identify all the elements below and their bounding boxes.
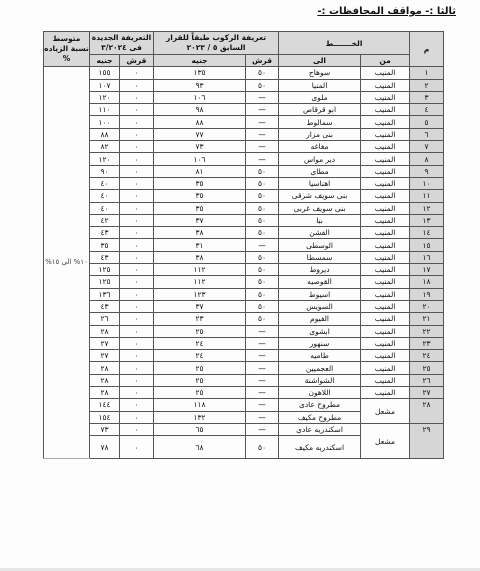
cell-new-piaster: ٠ xyxy=(120,374,154,386)
cell-to: الوسطى xyxy=(279,239,361,251)
cell-to: ديروط xyxy=(279,264,361,276)
cell-old-piaster: — xyxy=(246,362,279,374)
cell-from: المنيب xyxy=(361,177,410,189)
table-row: ١المنيبسوهاج٥٠١٣٥٠١٥٥١٠% الى ١٥% xyxy=(44,67,444,79)
cell-old-piaster: — xyxy=(246,423,279,435)
cell-old-pound: ٦٥ xyxy=(154,423,246,435)
cell-old-pound: ٢٥ xyxy=(154,325,246,337)
header-new-fare: التعريفة الجديدة فى ٣/٢٠٢٤ xyxy=(90,32,154,55)
cell-old-pound: ١٣٥ xyxy=(154,67,246,79)
cell-new-pound: ١٠٧ xyxy=(90,79,120,91)
cell-serial: ١٨ xyxy=(410,276,444,288)
cell-new-pound: ٤٢ xyxy=(90,214,120,226)
cell-to: سنهور xyxy=(279,337,361,349)
cell-to: الفشن xyxy=(279,227,361,239)
table-row: ١٧المنيبديروط٥٠١١٢٠١٢٥ xyxy=(44,264,444,276)
cell-new-piaster: ٠ xyxy=(120,362,154,374)
cell-old-piaster: — xyxy=(246,350,279,362)
cell-to: القوصيه xyxy=(279,276,361,288)
cell-avg-increase: ١٠% الى ١٥% xyxy=(44,67,90,459)
cell-old-pound: ١٣٢ xyxy=(154,411,246,423)
cell-old-pound: ٢٥ xyxy=(154,374,246,386)
cell-old-pound: ٩٨ xyxy=(154,104,246,116)
cell-to: بنى مزار xyxy=(279,128,361,140)
cell-new-piaster: ٠ xyxy=(120,411,154,423)
table-row: ١٢المنيببنى سويف غربى٥٠٣٥٠٤٠ xyxy=(44,202,444,214)
cell-new-piaster: ٠ xyxy=(120,300,154,312)
cell-old-pound: ١٠٦ xyxy=(154,91,246,103)
cell-to: مطاى xyxy=(279,165,361,177)
section-title: ثالثا :- مواقف المحافظات :- xyxy=(317,6,456,17)
cell-old-pound: ٣٥ xyxy=(154,190,246,202)
cell-from: المنيب xyxy=(361,79,410,91)
cell-serial: ٣ xyxy=(410,91,444,103)
cell-old-piaster: — xyxy=(246,411,279,423)
cell-new-pound: ١٢٥ xyxy=(90,276,120,288)
cell-old-pound: ١٢٣ xyxy=(154,288,246,300)
cell-old-piaster: ٥٠ xyxy=(246,436,279,459)
cell-old-piaster: — xyxy=(246,337,279,349)
cell-from: المنيب xyxy=(361,91,410,103)
cell-old-pound: ٧٧ xyxy=(154,128,246,140)
table-row: ٢٣المنيبسنهور—٢٤٠٢٧ xyxy=(44,337,444,349)
table-row: ٢١المنيبالفيوم٥٠٢٣٠٢٦ xyxy=(44,313,444,325)
cell-new-piaster: ٠ xyxy=(120,91,154,103)
cell-old-piaster: — xyxy=(246,153,279,165)
cell-serial: ١٥ xyxy=(410,239,444,251)
cell-serial: ٢٧ xyxy=(410,387,444,399)
cell-old-pound: ٣٨ xyxy=(154,227,246,239)
cell-new-piaster: ٠ xyxy=(120,214,154,226)
cell-from: المنيب xyxy=(361,128,410,140)
cell-serial: ٢٣ xyxy=(410,337,444,349)
cell-from: المنيب xyxy=(361,276,410,288)
cell-new-piaster: ٠ xyxy=(120,202,154,214)
table-row: ١٣المنيبببا٥٠٣٧٠٤٢ xyxy=(44,214,444,226)
cell-to: ابو قرقاص xyxy=(279,104,361,116)
cell-from: المنيب xyxy=(361,214,410,226)
cell-new-pound: ١٤٤ xyxy=(90,399,120,411)
cell-new-piaster: ٠ xyxy=(120,251,154,263)
cell-from: المنيب xyxy=(361,387,410,399)
table-row: ٣المنيبملوى—١٠٦٠١٢٠ xyxy=(44,91,444,103)
cell-new-pound: ٣٥ xyxy=(90,239,120,251)
cell-serial: ٥ xyxy=(410,116,444,128)
cell-old-piaster: ٥٠ xyxy=(246,202,279,214)
cell-to: الفيوم xyxy=(279,313,361,325)
cell-to: سمسطا xyxy=(279,251,361,263)
cell-new-pound: ١٢٥ xyxy=(90,264,120,276)
cell-old-pound: ١١٢ xyxy=(154,264,246,276)
cell-old-pound: ٨٨ xyxy=(154,116,246,128)
cell-old-pound: ٣٥ xyxy=(154,202,246,214)
cell-from: المنيب xyxy=(361,288,410,300)
cell-old-piaster: ٥٠ xyxy=(246,227,279,239)
cell-new-pound: ٢٧ xyxy=(90,350,120,362)
cell-new-piaster: ٠ xyxy=(120,190,154,202)
cell-from: المنيب xyxy=(361,116,410,128)
cell-old-pound: ١٠٦ xyxy=(154,153,246,165)
cell-serial: ٢٠ xyxy=(410,300,444,312)
cell-old-piaster: ٥٠ xyxy=(246,79,279,91)
table-row: ١٦المنيبسمسطا٥٠٣٨٠٤٣ xyxy=(44,251,444,263)
cell-serial: ٦ xyxy=(410,128,444,140)
cell-new-piaster: ٠ xyxy=(120,165,154,177)
cell-to: دير مواس xyxy=(279,153,361,165)
cell-new-pound: ٧٣ xyxy=(90,423,120,435)
cell-from: المنيب xyxy=(361,227,410,239)
cell-new-piaster: ٠ xyxy=(120,79,154,91)
cell-from: المنيب xyxy=(361,337,410,349)
header-serial: م xyxy=(410,32,444,67)
table-row: ١٠المنيباهناسيا٥٠٣٥٠٤٠ xyxy=(44,177,444,189)
cell-from: المنيب xyxy=(361,374,410,386)
header-new-piaster: قرش xyxy=(120,55,154,67)
table-row: ٢٠المنيبالسويس٥٠٣٧٠٤٣ xyxy=(44,300,444,312)
cell-new-pound: ٢٨ xyxy=(90,374,120,386)
cell-old-piaster: — xyxy=(246,116,279,128)
cell-old-pound: ٣٨ xyxy=(154,251,246,263)
cell-old-pound: ١١٢ xyxy=(154,276,246,288)
cell-new-piaster: ٠ xyxy=(120,128,154,140)
cell-serial: ١٠ xyxy=(410,177,444,189)
cell-old-pound: ٣١ xyxy=(154,239,246,251)
cell-old-piaster: ٥٠ xyxy=(246,177,279,189)
cell-new-piaster: ٠ xyxy=(120,436,154,459)
cell-serial: ٢٨ xyxy=(410,399,444,424)
cell-old-piaster: ٥٠ xyxy=(246,190,279,202)
cell-new-piaster: ٠ xyxy=(120,177,154,189)
cell-new-piaster: ٠ xyxy=(120,116,154,128)
cell-new-piaster: ٠ xyxy=(120,337,154,349)
cell-old-piaster: ٥٠ xyxy=(246,67,279,79)
table-row: ١٨المنيبالقوصيه٥٠١١٢٠١٢٥ xyxy=(44,276,444,288)
cell-to: الشواشنة xyxy=(279,374,361,386)
cell-to: مطروح مكيف xyxy=(279,411,361,423)
cell-new-piaster: ٠ xyxy=(120,325,154,337)
cell-new-pound: ٤٣ xyxy=(90,300,120,312)
cell-serial: ٢١ xyxy=(410,313,444,325)
cell-old-pound: ١١٨ xyxy=(154,399,246,411)
cell-to: مطروح عادى xyxy=(279,399,361,411)
cell-serial: ٧ xyxy=(410,141,444,153)
cell-new-piaster: ٠ xyxy=(120,104,154,116)
cell-serial: ١٧ xyxy=(410,264,444,276)
table-row: ٢٨مشعلمطروح عادى—١١٨٠١٤٤ xyxy=(44,399,444,411)
fares-table: م الخـــــــط تعريفة الركوب طبقاً للقرار… xyxy=(43,31,444,459)
cell-old-piaster: ٥٠ xyxy=(246,264,279,276)
cell-to: بنى سويف شرقى xyxy=(279,190,361,202)
cell-new-piaster: ٠ xyxy=(120,276,154,288)
cell-from: المنيب xyxy=(361,350,410,362)
cell-new-piaster: ٠ xyxy=(120,141,154,153)
cell-old-piaster: — xyxy=(246,104,279,116)
cell-old-piaster: — xyxy=(246,239,279,251)
cell-new-piaster: ٠ xyxy=(120,239,154,251)
cell-old-pound: ٣٧ xyxy=(154,300,246,312)
cell-to: اسيوط xyxy=(279,288,361,300)
cell-to: سمالوط xyxy=(279,116,361,128)
cell-serial: ٢٦ xyxy=(410,374,444,386)
cell-old-piaster: — xyxy=(246,128,279,140)
cell-old-pound: ٢٥ xyxy=(154,387,246,399)
cell-to: بنى سويف غربى xyxy=(279,202,361,214)
cell-new-piaster: ٠ xyxy=(120,313,154,325)
table-row: ٢٥المنيبالعجميين—٢٥٠٢٨ xyxy=(44,362,444,374)
cell-serial: ٢٢ xyxy=(410,325,444,337)
cell-to: ابشوى xyxy=(279,325,361,337)
cell-serial: ٨ xyxy=(410,153,444,165)
cell-old-piaster: ٥٠ xyxy=(246,276,279,288)
cell-old-pound: ٦٨ xyxy=(154,436,246,459)
cell-new-pound: ٤٠ xyxy=(90,190,120,202)
cell-from: المنيب xyxy=(361,325,410,337)
header-avg-increase: متوسط نسبة الزياده % xyxy=(44,32,90,67)
cell-old-piaster: ٥٠ xyxy=(246,165,279,177)
cell-serial: ٢٤ xyxy=(410,350,444,362)
cell-serial: ١٤ xyxy=(410,227,444,239)
table-row: ٢٩مشعلاسكندريه عادى—٦٥٠٧٣ xyxy=(44,423,444,435)
cell-from: المنيب xyxy=(361,300,410,312)
cell-serial: ١ xyxy=(410,67,444,79)
cell-old-piaster: ٥٠ xyxy=(246,313,279,325)
header-route: الخـــــــط xyxy=(279,32,410,55)
cell-to: طاميه xyxy=(279,350,361,362)
cell-from: المنيب xyxy=(361,165,410,177)
cell-new-pound: ٢٨ xyxy=(90,387,120,399)
cell-from: المنيب xyxy=(361,67,410,79)
cell-old-piaster: — xyxy=(246,91,279,103)
table-row: ٢٢المنيبابشوى—٢٥٠٢٨ xyxy=(44,325,444,337)
cell-old-piaster: — xyxy=(246,374,279,386)
cell-old-piaster: ٥٠ xyxy=(246,288,279,300)
cell-to: اللاهون xyxy=(279,387,361,399)
cell-serial: ٢ xyxy=(410,79,444,91)
cell-new-piaster: ٠ xyxy=(120,67,154,79)
table-row: ٧المنيبمغاغه—٧٣٠٨٢ xyxy=(44,141,444,153)
header-old-pound: جنيه xyxy=(154,55,246,67)
table-row: ٤المنيبابو قرقاص—٩٨٠١١٠ xyxy=(44,104,444,116)
table-row: ٥المنيبسمالوط—٨٨٠١٠٠ xyxy=(44,116,444,128)
table-row: ٢٧المنيباللاهون—٢٥٠٢٨ xyxy=(44,387,444,399)
cell-old-piaster: — xyxy=(246,325,279,337)
cell-serial: ١٩ xyxy=(410,288,444,300)
cell-new-pound: ٤٣ xyxy=(90,251,120,263)
table-row: ٨المنيبدير مواس—١٠٦٠١٢٠ xyxy=(44,153,444,165)
cell-from: المنيب xyxy=(361,153,410,165)
fares-table-body: ١المنيبسوهاج٥٠١٣٥٠١٥٥١٠% الى ١٥%٢المنيبا… xyxy=(44,67,444,459)
cell-new-pound: ٢٦ xyxy=(90,313,120,325)
cell-from: مشعل xyxy=(361,399,410,424)
cell-serial: ١٣ xyxy=(410,214,444,226)
cell-from: المنيب xyxy=(361,202,410,214)
cell-to: السويس xyxy=(279,300,361,312)
cell-new-pound: ٧٨ xyxy=(90,436,120,459)
cell-old-pound: ٩٣ xyxy=(154,79,246,91)
cell-to: اسكندريه عادى xyxy=(279,423,361,435)
cell-from: المنيب xyxy=(361,141,410,153)
table-row: ١٩المنيباسيوط٥٠١٢٣٠١٣٦ xyxy=(44,288,444,300)
cell-to: المنيا xyxy=(279,79,361,91)
cell-old-pound: ٧٣ xyxy=(154,141,246,153)
cell-new-pound: ١٢٠ xyxy=(90,91,120,103)
cell-old-piaster: — xyxy=(246,141,279,153)
cell-new-pound: ٢٧ xyxy=(90,337,120,349)
cell-new-pound: ٤٠ xyxy=(90,202,120,214)
cell-from: المنيب xyxy=(361,264,410,276)
table-row: ٢٦المنيبالشواشنة—٢٥٠٢٨ xyxy=(44,374,444,386)
cell-old-pound: ٢٥ xyxy=(154,362,246,374)
cell-from: المنيب xyxy=(361,104,410,116)
table-row: ١٥المنيبالوسطى—٣١٠٣٥ xyxy=(44,239,444,251)
fares-table-wrapper: م الخـــــــط تعريفة الركوب طبقاً للقرار… xyxy=(43,31,443,459)
cell-old-pound: ٣٧ xyxy=(154,214,246,226)
cell-serial: ١٢ xyxy=(410,202,444,214)
cell-old-piaster: ٥٠ xyxy=(246,300,279,312)
cell-old-piaster: ٥٠ xyxy=(246,251,279,263)
cell-serial: ٢٥ xyxy=(410,362,444,374)
cell-new-pound: ١٥٤ xyxy=(90,411,120,423)
cell-from: مشعل xyxy=(361,423,410,458)
cell-serial: ٤ xyxy=(410,104,444,116)
header-new-pound: جنيه xyxy=(90,55,120,67)
cell-from: المنيب xyxy=(361,251,410,263)
cell-to: اسكندريه مكيف xyxy=(279,436,361,459)
table-row: ١٤المنيبالفشن٥٠٣٨٠٤٣ xyxy=(44,227,444,239)
header-to: الى xyxy=(279,55,361,67)
cell-new-piaster: ٠ xyxy=(120,264,154,276)
header-from: من xyxy=(361,55,410,67)
cell-new-pound: ٨٨ xyxy=(90,128,120,140)
cell-new-pound: ٤٠ xyxy=(90,177,120,189)
header-old-piaster: قرش xyxy=(246,55,279,67)
cell-old-pound: ٢٤ xyxy=(154,350,246,362)
cell-to: مغاغه xyxy=(279,141,361,153)
cell-old-piaster: — xyxy=(246,387,279,399)
cell-old-piaster: — xyxy=(246,399,279,411)
cell-old-pound: ٢٣ xyxy=(154,313,246,325)
cell-serial: ٩ xyxy=(410,165,444,177)
cell-new-pound: ٢٨ xyxy=(90,325,120,337)
cell-new-pound: ١١٠ xyxy=(90,104,120,116)
cell-new-piaster: ٠ xyxy=(120,350,154,362)
cell-to: العجميين xyxy=(279,362,361,374)
cell-old-pound: ٨١ xyxy=(154,165,246,177)
cell-old-pound: ٣٥ xyxy=(154,177,246,189)
cell-new-pound: ٢٨ xyxy=(90,362,120,374)
cell-new-piaster: ٠ xyxy=(120,423,154,435)
cell-new-piaster: ٠ xyxy=(120,153,154,165)
cell-to: سوهاج xyxy=(279,67,361,79)
cell-to: ملوى xyxy=(279,91,361,103)
cell-from: المنيب xyxy=(361,362,410,374)
cell-new-pound: ١٥٥ xyxy=(90,67,120,79)
cell-new-pound: ٤٣ xyxy=(90,227,120,239)
cell-new-pound: ٨٢ xyxy=(90,141,120,153)
cell-new-pound: ١٣٦ xyxy=(90,288,120,300)
cell-to: ببا xyxy=(279,214,361,226)
cell-new-piaster: ٠ xyxy=(120,227,154,239)
cell-from: المنيب xyxy=(361,313,410,325)
cell-new-pound: ١٢٠ xyxy=(90,153,120,165)
cell-old-piaster: ٥٠ xyxy=(246,214,279,226)
cell-new-piaster: ٠ xyxy=(120,387,154,399)
header-old-fare: تعريفة الركوب طبقاً للقرار السابق ٥ / ٢٠… xyxy=(154,32,279,55)
table-row: ٩المنيبمطاى٥٠٨١٠٩٠ xyxy=(44,165,444,177)
cell-new-pound: ١٠٠ xyxy=(90,116,120,128)
table-row: ٦المنيببنى مزار—٧٧٠٨٨ xyxy=(44,128,444,140)
cell-serial: ١٦ xyxy=(410,251,444,263)
table-row: ٢المنيبالمنيا٥٠٩٣٠١٠٧ xyxy=(44,79,444,91)
table-row: ٢٤المنيبطاميه—٢٤٠٢٧ xyxy=(44,350,444,362)
cell-old-pound: ٢٤ xyxy=(154,337,246,349)
cell-new-pound: ٩٠ xyxy=(90,165,120,177)
cell-from: المنيب xyxy=(361,190,410,202)
cell-serial: ٢٩ xyxy=(410,423,444,458)
cell-new-piaster: ٠ xyxy=(120,399,154,411)
cell-serial: ١١ xyxy=(410,190,444,202)
table-row: ١١المنيببنى سويف شرقى٥٠٣٥٠٤٠ xyxy=(44,190,444,202)
cell-from: المنيب xyxy=(361,239,410,251)
cell-to: اهناسيا xyxy=(279,177,361,189)
cell-new-piaster: ٠ xyxy=(120,288,154,300)
